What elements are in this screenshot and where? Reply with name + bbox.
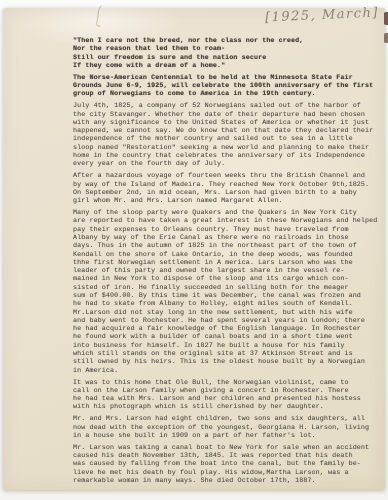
paragraph-departure: July 4th, 1825, a company of 52 Norwegia…	[73, 102, 387, 168]
paragraph-death: Mr. Larson was taking a canal boat to Ne…	[73, 444, 387, 485]
paragraph-children: Mr. and Mrs. Larson had eight children, …	[73, 415, 387, 440]
paragraph-settlement: Many of the sloop party were Quakers and…	[73, 209, 387, 375]
opening-quote: "Then I care not the breed, nor the clas…	[73, 37, 387, 70]
handwritten-date-annotation: [1925, March]	[265, 6, 379, 26]
paragraph-centennial: The Norse-American Centennial to be held…	[73, 74, 387, 99]
scanned-document: { "page": { "annotation": "[1925, March]…	[0, 0, 388, 500]
pencil-mark	[87, 4, 113, 30]
scan-edge-artifact	[384, 33, 388, 43]
scan-edge-artifact	[384, 12, 388, 25]
paragraph-ole-bull: It was to this home that Ole Bull, the N…	[73, 379, 387, 412]
paragraph-voyage: After a hazardous voyage of fourteen wee…	[73, 172, 387, 205]
document-page: [1925, March] "Then I care not the breed…	[3, 8, 385, 490]
typewritten-text: "Then I care not the breed, nor the clas…	[73, 37, 387, 489]
